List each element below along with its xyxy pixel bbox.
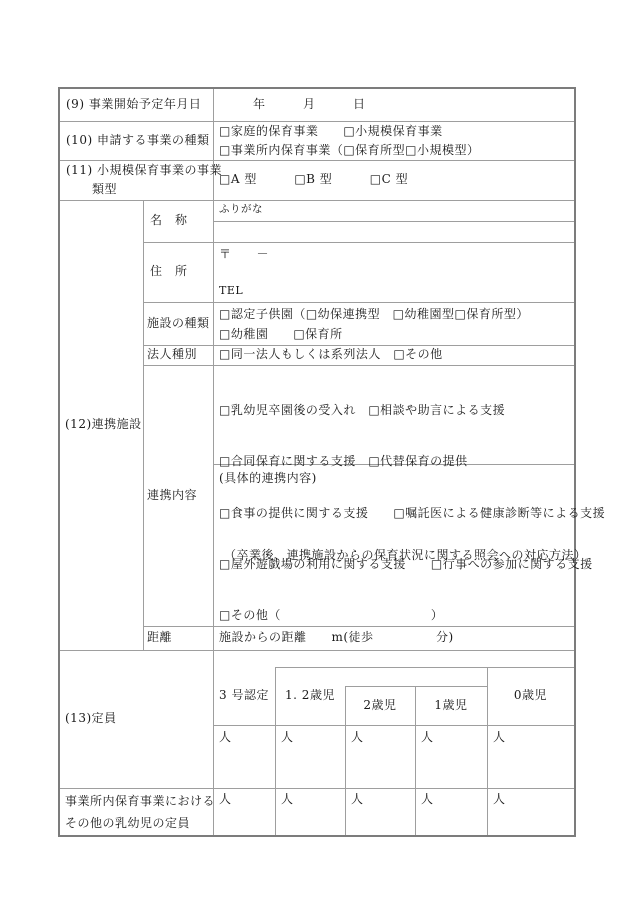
row12-facility-type-label: 施設の種類 [143,302,213,345]
form-page: (9) 事業開始予定年月日 年 月 日 (10) 申請する事業の種類 □家庭的保… [0,0,630,903]
row12-furigana-caption: ふりがな [219,203,263,217]
capacity-unit-cell: 人 [421,792,434,808]
row12-facility-type-line1: □認定子供園（□幼保連携型 □幼稚園型□保育所型） [219,304,529,324]
row10-option-line1: □家庭的保育事業 □小規模保育事業 [219,122,443,141]
capacity-unit-cell: 人 [281,730,294,746]
grid-line [213,221,574,222]
capacity-header-nintei3: 3 号認定 [213,667,275,725]
cooperation-checkbox-line: □乳幼児卒園後の受入れ □相談や助言による支援 [219,400,574,420]
row14-label-line1: 事業所内保育事業における [65,790,215,812]
row12-cooperation-label: 連携内容 [143,365,213,626]
cooperation-checkbox-line: □食事の提供に関する支援 □嘱託医による健康診断等による支援 [219,503,574,523]
application-form-table: (9) 事業開始予定年月日 年 月 日 (10) 申請する事業の種類 □家庭的保… [58,87,576,837]
capacity-header-age1: 1歳児 [415,686,487,725]
cooperation-checkbox-line: □その他（ ） [219,605,574,625]
row11-type-options: □A 型 □B 型 □C 型 [213,160,574,200]
capacity-header-age1-2: 1. 2歳児 [275,667,345,725]
capacity-unit-cell: 人 [421,730,434,746]
capacity-unit-cell: 人 [351,792,364,808]
capacity-header-age0: 0歳児 [487,667,574,725]
row9-label: (9) 事業開始予定年月日 [60,89,213,121]
capacity-unit-cell: 人 [493,730,506,746]
row9-date-value: 年 月 日 [213,89,574,121]
capacity-unit-cell: 人 [493,792,506,808]
row11-label-line2: 類型 [66,180,117,199]
row12-label: (12)連携施設 [60,200,143,650]
row12-distance-label: 距離 [143,626,213,650]
capacity-unit-cell: 人 [219,730,232,746]
row12-corp-type-options: □同一法人もしくは系列法人 □その他 [213,345,574,365]
row12-name-label: 名 称 [143,200,213,242]
row10-option-line2: □事業所内保育事業（□保育所型□小規模型） [219,141,480,160]
row11-label-line1: (11) 小規模保育事業の事業 [66,161,222,180]
row12-facility-type-line2: □幼稚園 □保育所 [219,324,343,344]
row12-address-label: 住 所 [143,242,213,302]
cooperation-detail-caption: (具体的連携内容) [219,471,317,487]
row12-corp-type-label: 法人種別 [143,345,213,365]
row14-label-line2: その他の乳幼児の定員 [65,812,190,834]
row12-distance-value: 施設からの距離 m(徒歩 分) [213,626,574,650]
row12-postal-mark: 〒 － [219,247,269,263]
row12-tel-label: TEL [219,284,243,298]
cooperation-followup-caption: （卒業後、連携施設からの保育状況に関する照会への対応方法） [224,548,587,564]
capacity-unit-cell: 人 [351,730,364,746]
row13-label: (13)定員 [60,650,213,788]
row10-label: (10) 申請する事業の種類 [60,121,213,160]
cooperation-checkbox-line: □合同保育に関する支援 □代替保育の提供 [219,451,574,471]
capacity-unit-cell: 人 [219,792,232,808]
capacity-unit-cell: 人 [281,792,294,808]
capacity-header-age2: 2歳児 [345,686,415,725]
grid-line [213,725,574,726]
